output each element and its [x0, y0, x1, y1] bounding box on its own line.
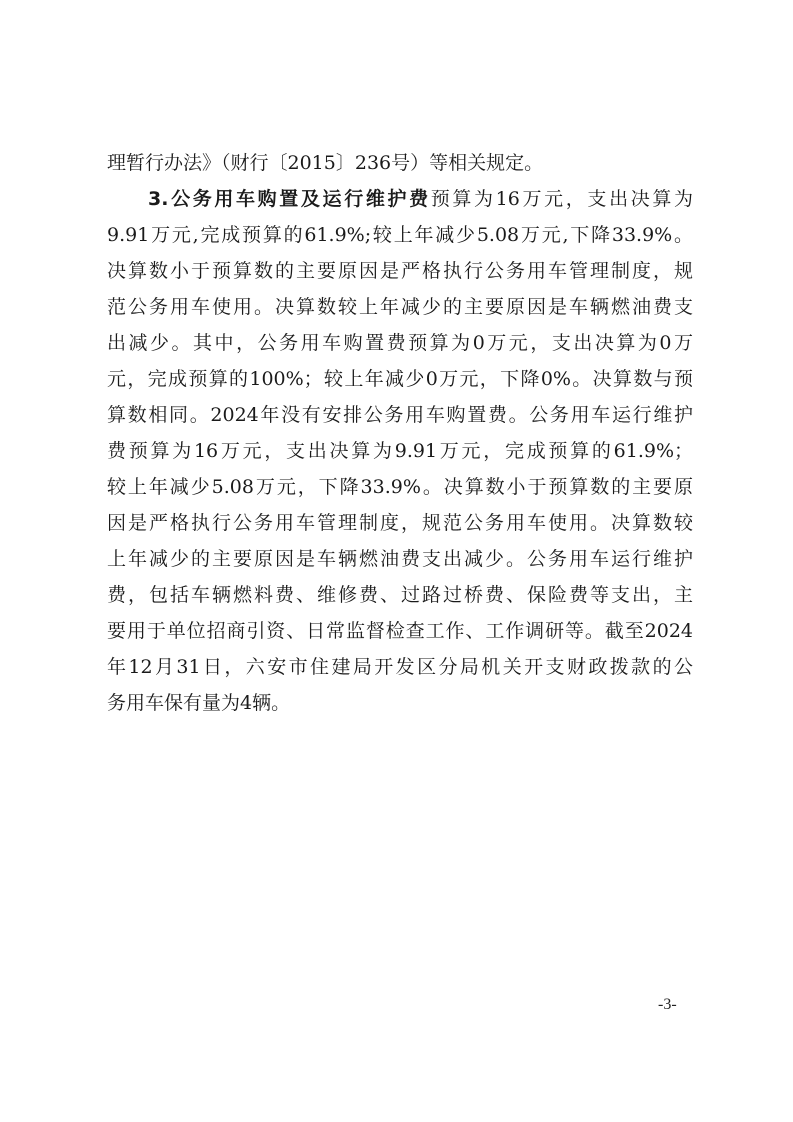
paragraph-line: 决算数小于预算数的主要原因是严格执行公务用车管理制度，规 [107, 253, 693, 289]
paragraph-line: 较上年减少5.08万元，下降33.9%。决算数小于预算数的主要原 [107, 469, 693, 505]
line-text: 年12月31日，六安市住建局开发区分局机关开支财政拨款的公 [107, 656, 693, 678]
line-text: 理暂行办法》（财行〔2015〕236号）等相关规定。 [107, 152, 543, 174]
line-text: 上年减少的主要原因是车辆燃油费支出减少。公务用车运行维护 [107, 548, 693, 570]
line-text: 算数相同。2024年没有安排公务用车购置费。公务用车运行维护 [107, 404, 693, 426]
section-heading-line: 3.公务用车购置及运行维护费预算为16万元，支出决算为 [148, 181, 693, 217]
paragraph-line: 9.91万元,完成预算的61.9%;较上年减少5.08万元,下降33.9%。 [107, 217, 693, 253]
line-text: 费，包括车辆燃料费、维修费、过路过桥费、保险费等支出，主 [107, 584, 693, 606]
paragraph-line: 费，包括车辆燃料费、维修费、过路过桥费、保险费等支出，主 [107, 577, 693, 613]
line-text: 较上年减少5.08万元，下降33.9%。决算数小于预算数的主要原 [107, 476, 693, 498]
paragraph-line: 算数相同。2024年没有安排公务用车购置费。公务用车运行维护 [107, 397, 693, 433]
paragraph-line: 年12月31日，六安市住建局开发区分局机关开支财政拨款的公 [107, 649, 693, 685]
line-text: 预算为16万元，支出决算为 [431, 188, 693, 210]
page-number: -3- [658, 996, 677, 1014]
line-text: 费预算为16万元，支出决算为9.91万元，完成预算的61.9%； [107, 440, 693, 462]
line-text: 决算数小于预算数的主要原因是严格执行公务用车管理制度，规 [107, 260, 693, 282]
line-text: 要用于单位招商引资、日常监督检查工作、工作调研等。截至2024 [107, 620, 693, 642]
paragraph-line: 出减少。其中，公务用车购置费预算为0万元，支出决算为0万 [107, 325, 693, 361]
paragraph-line: 务用车保有量为4辆。 [107, 685, 693, 721]
paragraph-line: 要用于单位招商引资、日常监督检查工作、工作调研等。截至2024 [107, 613, 693, 649]
paragraph-line: 元，完成预算的100%；较上年减少0万元，下降0%。决算数与预 [107, 361, 693, 397]
paragraph-line: 范公务用车使用。决算数较上年减少的主要原因是车辆燃油费支 [107, 289, 693, 325]
paragraph-line: 理暂行办法》（财行〔2015〕236号）等相关规定。 [107, 145, 693, 181]
document-page: 理暂行办法》（财行〔2015〕236号）等相关规定。 3.公务用车购置及运行维护… [0, 0, 793, 1122]
line-text: 出减少。其中，公务用车购置费预算为0万元，支出决算为0万 [107, 332, 693, 354]
line-text: 因是严格执行公务用车管理制度，规范公务用车使用。决算数较 [107, 512, 693, 534]
line-text: 务用车保有量为4辆。 [107, 692, 290, 714]
paragraph-line: 因是严格执行公务用车管理制度，规范公务用车使用。决算数较 [107, 505, 693, 541]
paragraph-line: 上年减少的主要原因是车辆燃油费支出减少。公务用车运行维护 [107, 541, 693, 577]
paragraph-line: 费预算为16万元，支出决算为9.91万元，完成预算的61.9%； [107, 433, 693, 469]
line-text: 9.91万元,完成预算的61.9%;较上年减少5.08万元,下降33.9%。 [107, 224, 693, 246]
line-text: 范公务用车使用。决算数较上年减少的主要原因是车辆燃油费支 [107, 296, 693, 318]
line-text: 元，完成预算的100%；较上年减少0万元，下降0%。决算数与预 [107, 368, 693, 390]
section-heading: 3.公务用车购置及运行维护费 [148, 188, 431, 210]
